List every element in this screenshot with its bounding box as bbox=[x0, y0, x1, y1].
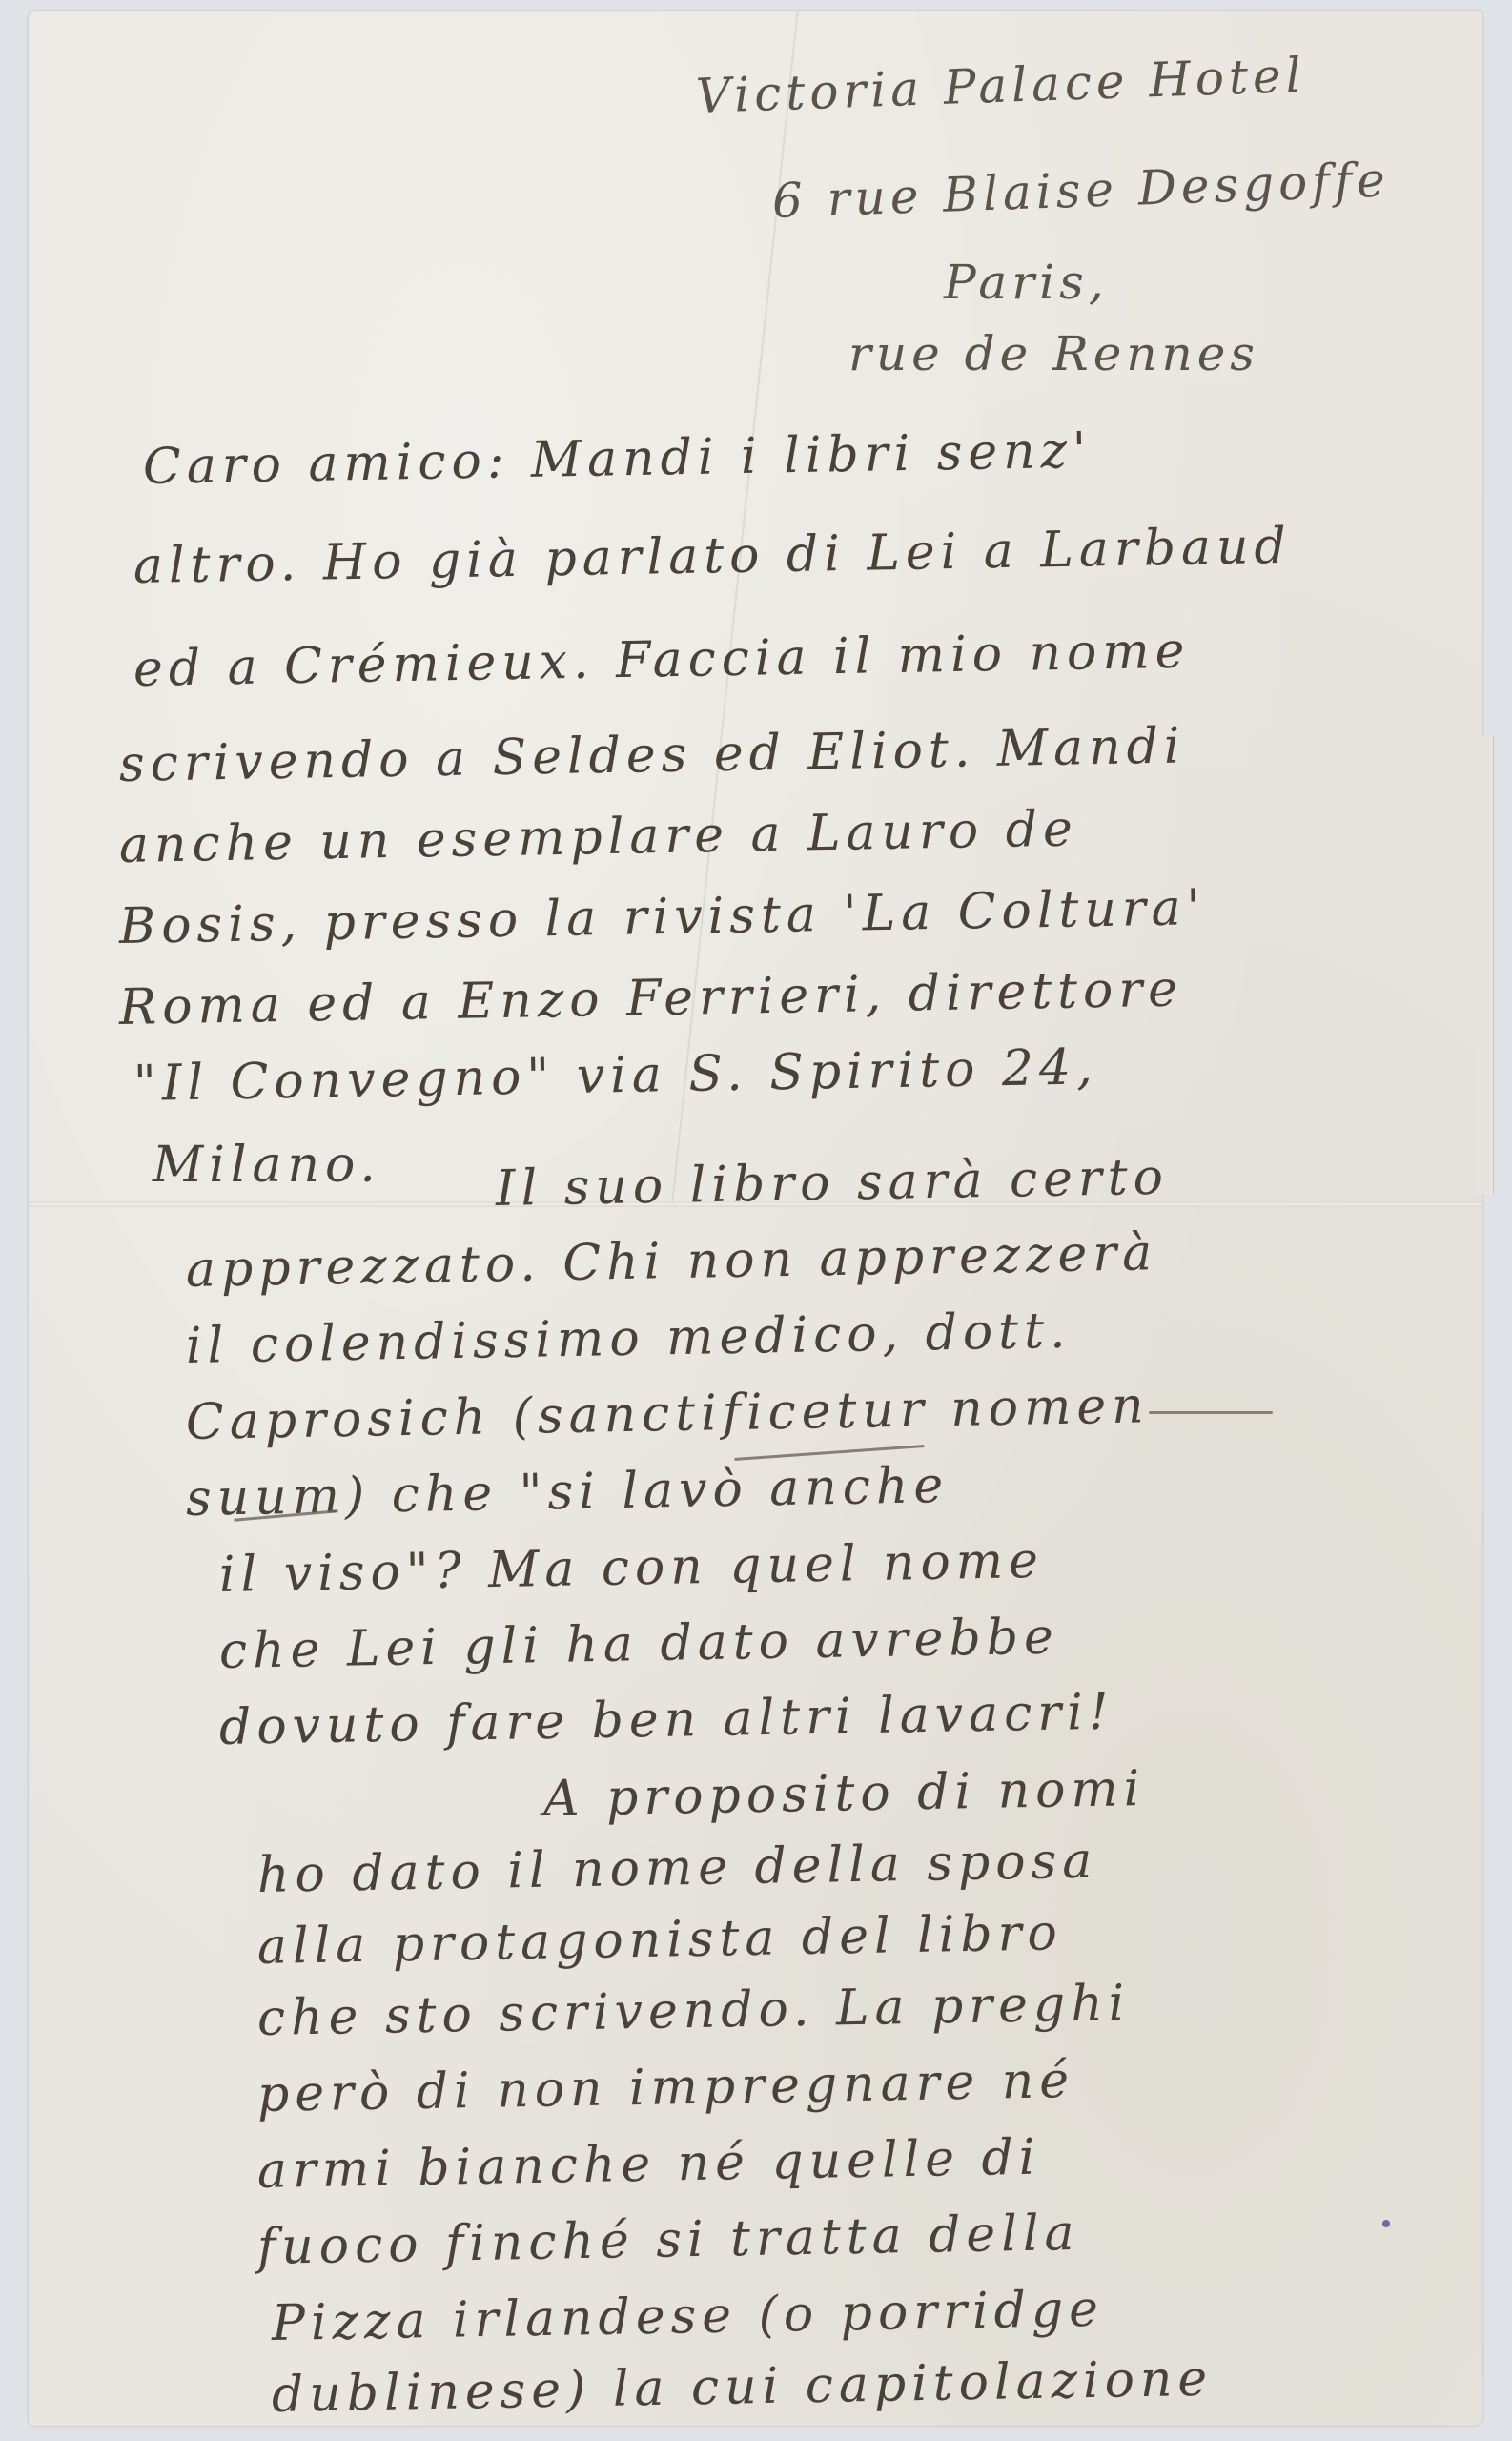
body-line-22: però di non impregnare né bbox=[256, 2052, 1074, 2123]
body-line-9: Milano. bbox=[153, 1137, 381, 1194]
body-line-12: il colendissimo medico, dott. bbox=[185, 1303, 1071, 1375]
body-line-2: altro. Ho già parlato di Lei a Larbaud bbox=[133, 518, 1292, 595]
body-line-8: "Il Convegno" via S. Spirito 24, bbox=[133, 1038, 1098, 1113]
body-line-24: fuoco finché si tratta della bbox=[256, 2205, 1079, 2276]
body-line-21: che sto scrivendo. La preghi bbox=[256, 1975, 1130, 2047]
body-line-25: Pizza irlandese (o porridge bbox=[271, 2281, 1104, 2352]
body-line-14: suum) che "si lavò anche bbox=[185, 1457, 949, 1528]
ink-blot bbox=[1382, 2220, 1390, 2227]
body-line-16: che Lei gli ha dato avrebbe bbox=[218, 1609, 1059, 1680]
body-line-26: dublinese) la cui capitolazione bbox=[271, 2350, 1213, 2424]
paper-edge-flap bbox=[1476, 736, 1494, 1194]
body-line-19: ho dato il nome della sposa bbox=[256, 1833, 1097, 1904]
address-line-street: 6 rue Blaise Desgoffe bbox=[771, 152, 1391, 229]
body-line-23: armi bianche né quelle di bbox=[256, 2129, 1040, 2200]
address-line-locality: rue de Rennes bbox=[848, 326, 1259, 381]
body-line-10: Il suo libro sarà certo bbox=[495, 1149, 1169, 1218]
address-line-hotel: Victoria Palace Hotel bbox=[695, 48, 1307, 124]
body-line-13: Caprosich (sanctificetur nomen bbox=[185, 1377, 1150, 1451]
body-line-4: scrivendo a Seldes ed Eliot. Mandi bbox=[118, 717, 1186, 793]
address-line-city: Paris, bbox=[944, 255, 1109, 310]
body-line-7: Roma ed a Enzo Ferrieri, direttore bbox=[118, 961, 1183, 1036]
body-line-15: il viso"? Ma con quel nome bbox=[218, 1532, 1044, 1604]
body-line-6: Bosis, presso la rivista 'La Coltura' bbox=[118, 879, 1206, 955]
body-line-20: alla protagonista del libro bbox=[256, 1904, 1063, 1976]
underline-nomen bbox=[1149, 1411, 1273, 1414]
body-line-18: A proposito di nomi bbox=[542, 1760, 1145, 1828]
letter-paper: Victoria Palace Hotel 6 rue Blaise Desgo… bbox=[29, 11, 1482, 2426]
body-line-3: ed a Crémieux. Faccia il mio nome bbox=[133, 623, 1190, 698]
body-line-11: apprezzato. Chi non apprezzerà bbox=[185, 1224, 1157, 1299]
body-line-5: anche un esemplare a Lauro de bbox=[118, 800, 1078, 874]
body-line-17: dovuto fare ben altri lavacri! bbox=[218, 1684, 1114, 1756]
body-line-1: Caro amico: Mandi i libri senz' bbox=[142, 422, 1092, 496]
